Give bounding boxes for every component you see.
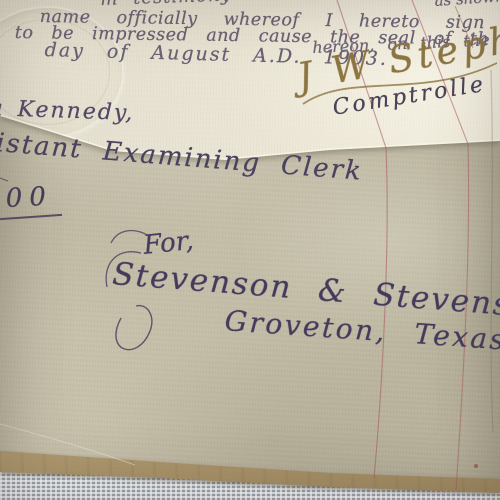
for-word: For, [142, 226, 195, 261]
amount-figure: 00 [5, 182, 54, 214]
document-photo: m testimony wh as shown name officially … [0, 0, 500, 500]
clerk-signature: a Kennedy, [0, 96, 135, 126]
